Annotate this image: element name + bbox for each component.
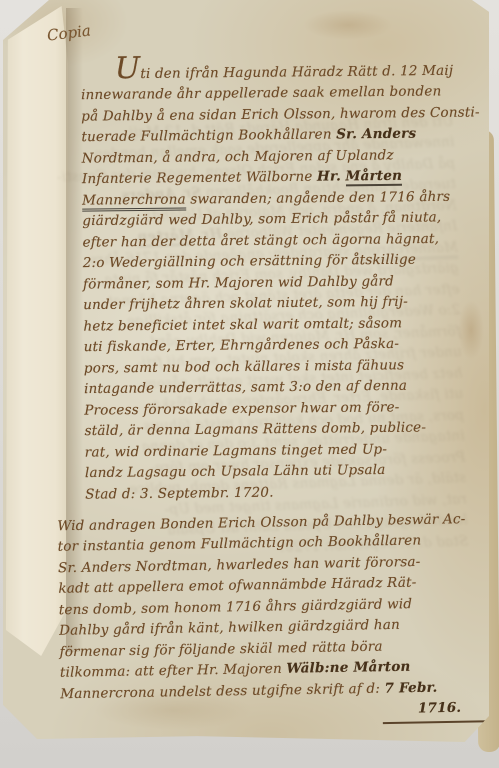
manuscript-text-segment: uti fiskande, Erter, Ehrngårdenes och På…: [84, 336, 400, 355]
manuscript-text-segment: Mannerchrona: [82, 192, 186, 212]
manuscript-text-segment: Hr.: [317, 168, 341, 184]
manuscript-text-segment: giärdzgiärd wed Dahlby, som Erich påstår…: [82, 209, 441, 229]
paragraph-2: Wid andragen Bonden Erich Olsson på Dahl…: [57, 508, 493, 726]
manuscript-line: Mannerchrona swaranden; angående den 171…: [82, 186, 486, 211]
manuscript-text-segment: Sr. Anders Nordtman, hwarledes han warit…: [58, 554, 421, 576]
manuscript-line: Process förorsakade expensor hwar om för…: [84, 396, 488, 421]
manuscript-text-segment: under frijhetz åhren skolat niutet, som …: [83, 294, 408, 313]
photo-background: Uti den ifrån Hagunda Häradz Rätt d. 12 …: [0, 0, 499, 768]
manuscript-text-segment: Infanterie Regementet Wälborne: [82, 169, 317, 187]
manuscript-text-segment: hetz beneficiet intet skal warit omtalt;…: [83, 315, 402, 334]
manuscript-line: efter han der detta året stängt och ägor…: [82, 228, 486, 253]
manuscript-text-segment: förmenar sig för följande skiäl med rätt…: [59, 639, 382, 661]
manuscript-text-segment: tilkomma: att efter Hr. Majoren: [60, 661, 287, 681]
manuscript-text-segment: efter han der detta året stängt och ägor…: [82, 231, 439, 251]
manuscript-text-segment: Nordtman, å andra, och Majoren af Upland…: [82, 147, 394, 166]
manuscript-text-segment: Wälb:ne Mårton: [286, 659, 410, 677]
manuscript-text-segment: tens domb, som honom 1716 åhrs giärdzgiä…: [59, 596, 413, 618]
manuscript-text-segment: [341, 168, 346, 184]
manuscript-text-segment: tuerade Fullmächtign Bookhållaren: [81, 126, 336, 145]
manuscript-text-segment: Mårten: [345, 168, 402, 187]
manuscript-text-segment: swaranden; angående den 1716 åhrs: [186, 189, 451, 208]
manuscript-text-segment: landz Lagsagu och Upsala Lähn uti Upsala: [85, 462, 386, 481]
paragraph-1: Uti den ifrån Hagunda Häradz Rätt d. 12 …: [81, 60, 490, 505]
manuscript-line: Nordtman, å andra, och Majoren af Upland…: [82, 144, 486, 169]
manuscript-text-segment: 2:o Wedergiällning och ersättning för åt…: [83, 252, 416, 271]
manuscript-text-segment: förmåner, som Hr. Majoren wid Dahlby går…: [83, 273, 394, 292]
manuscript-text-segment: innewarande åhr appellerade saak emellan…: [81, 83, 442, 103]
manuscript-text-segment: rat, wid ordinarie Lagmans tinget med Up…: [85, 441, 388, 460]
manuscript-text-segment: 7 Febr.: [384, 680, 437, 697]
manuscript-text-segment: intagande underrättas, samt 3:o den af d…: [84, 378, 407, 397]
copia-annotation: Copia: [46, 21, 92, 44]
manuscript-text-segment: pors, samt nu bod och källares i mista f…: [84, 357, 404, 376]
manuscript-line: Stad d: 3. Septembr. 1720.: [85, 480, 489, 505]
manuscript-paper: Uti den ifrån Hagunda Häradz Rätt d. 12 …: [3, 0, 489, 742]
manuscript-text-segment: Stad d: 3. Septembr. 1720.: [85, 485, 274, 503]
age-stain: [303, 10, 393, 40]
manuscript-line: på Dahlby å ena sidan Erich Olsson, hwar…: [81, 102, 485, 127]
manuscript-text-segment: Sr. Anders: [336, 126, 416, 143]
manuscript-text-segment: Wid andragen Bonden Erich Olsson på Dahl…: [57, 511, 465, 534]
manuscript-line: förmåner, som Hr. Majoren wid Dahlby går…: [83, 270, 487, 295]
manuscript-text-segment: på Dahlby å ena sidan Erich Olsson, hwar…: [81, 104, 480, 124]
manuscript-text-segment: Mannercrona undelst dess utgifne skrift …: [60, 681, 385, 703]
manuscript-text-segment: Process förorsakade expensor hwar om för…: [84, 399, 399, 418]
manuscript-line: pors, samt nu bod och källares i mista f…: [84, 354, 488, 379]
manuscript-line: Uti den ifrån Hagunda Häradz Rätt d. 12 …: [81, 60, 485, 85]
manuscript-line: hetz beneficiet intet skal warit omtalt;…: [83, 312, 487, 337]
manuscript-text-segment: 1716.: [382, 697, 488, 724]
manuscript-text-segment: Uti den ifrån Hagunda Häradz Rätt d. 12 …: [115, 63, 454, 83]
manuscript-line: rat, wid ordinarie Lagmans tinget med Up…: [85, 438, 489, 463]
manuscript-text-segment: stäld, är denna Lagmans Rättens domb, pu…: [84, 420, 426, 440]
